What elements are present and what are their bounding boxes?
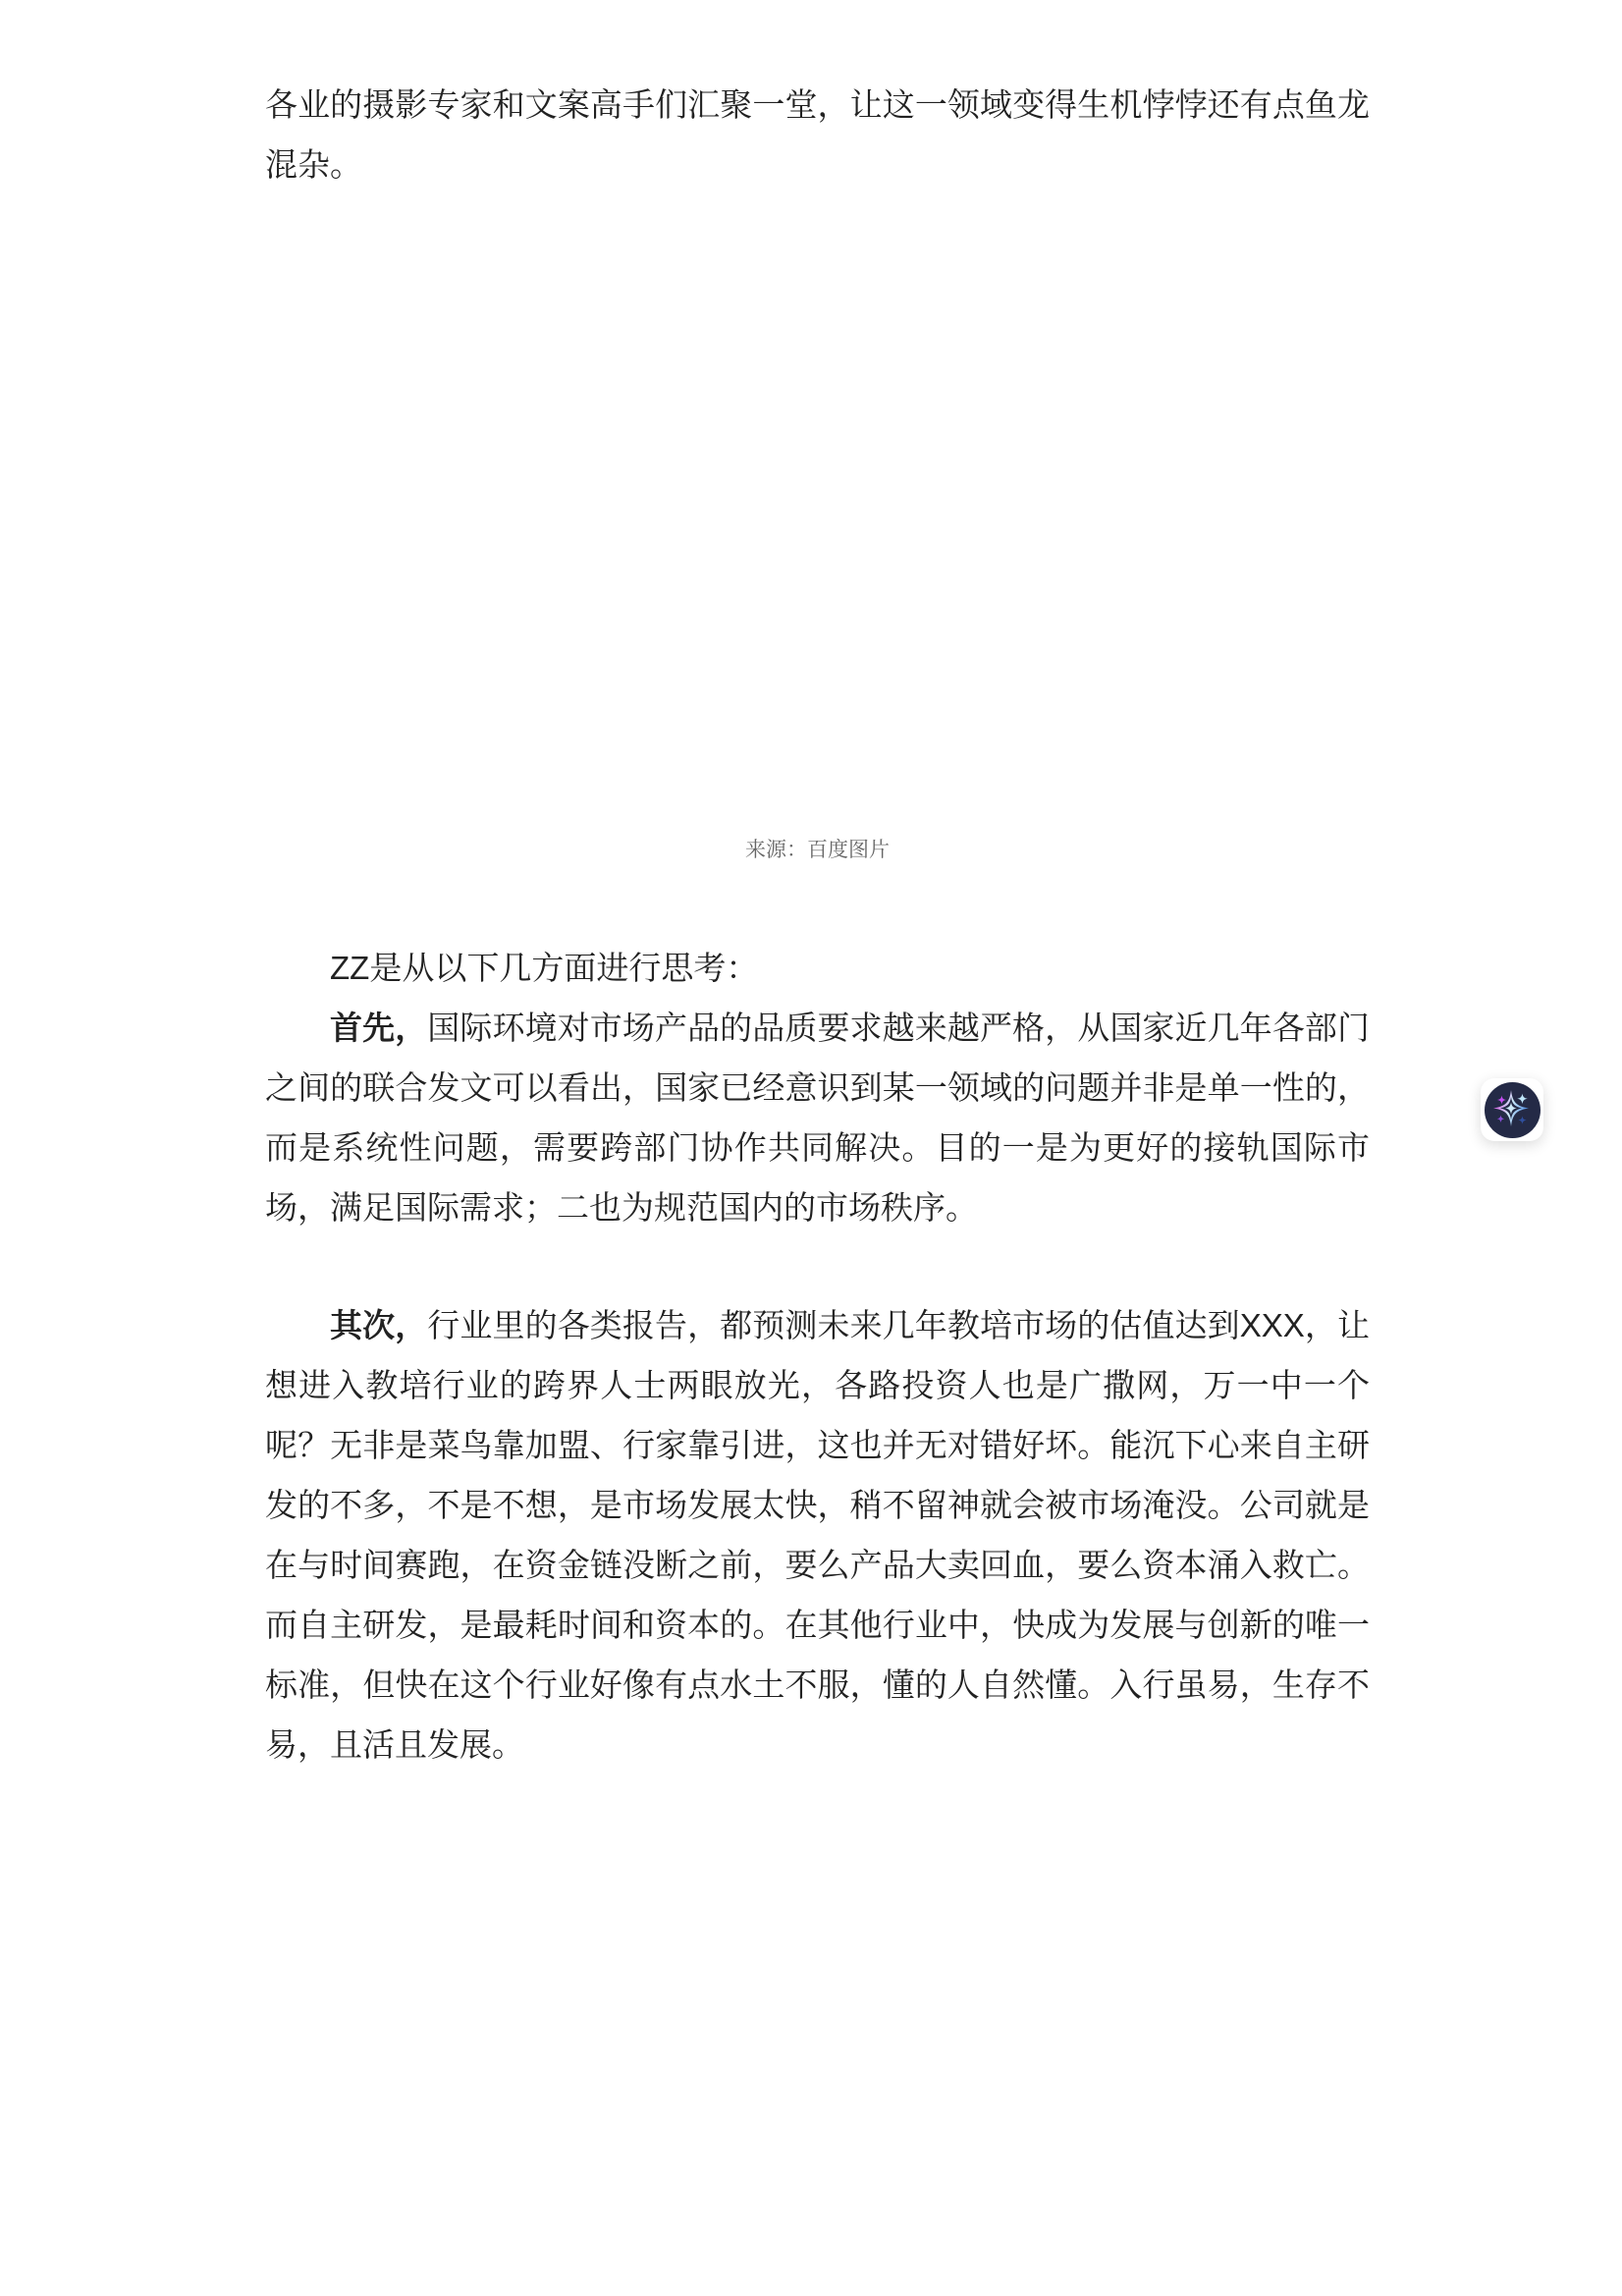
first-point-body: 国际环境对市场产品的品质要求越来越严格，从国家近几年各部门之间的联合发文可以看出…: [265, 1010, 1370, 1226]
article-page: 各业的摄影专家和文案高手们汇聚一堂，让这一领域变得生机悖悖还有点鱼龙混杂。 来源…: [0, 0, 1622, 2296]
first-point-lead: 首先，: [330, 1010, 427, 1046]
article-content: 各业的摄影专家和文案高手们汇聚一堂，让这一领域变得生机悖悖还有点鱼龙混杂。 来源…: [265, 75, 1370, 1775]
sparkle-icon: [1485, 1082, 1541, 1138]
paragraph-first-point: 首先，国际环境对市场产品的品质要求越来越严格，从国家近几年各部门之间的联合发文可…: [265, 998, 1370, 1237]
image-placeholder: [265, 194, 1370, 828]
second-point-body: 行业里的各类报告，都预测未来几年教培市场的估值达到XXX，让想进入教培行业的跨界…: [265, 1307, 1370, 1763]
image-caption: 来源：百度图片: [265, 836, 1370, 865]
ai-assistant-button[interactable]: [1481, 1078, 1543, 1141]
second-point-lead: 其次，: [330, 1307, 427, 1343]
paragraph-intro: ZZ是从以下几方面进行思考：: [265, 938, 1370, 998]
paragraph-continuation: 各业的摄影专家和文案高手们汇聚一堂，让这一领域变得生机悖悖还有点鱼龙混杂。: [265, 75, 1370, 194]
paragraph-second-point: 其次，行业里的各类报告，都预测未来几年教培市场的估值达到XXX，让想进入教培行业…: [265, 1295, 1370, 1775]
